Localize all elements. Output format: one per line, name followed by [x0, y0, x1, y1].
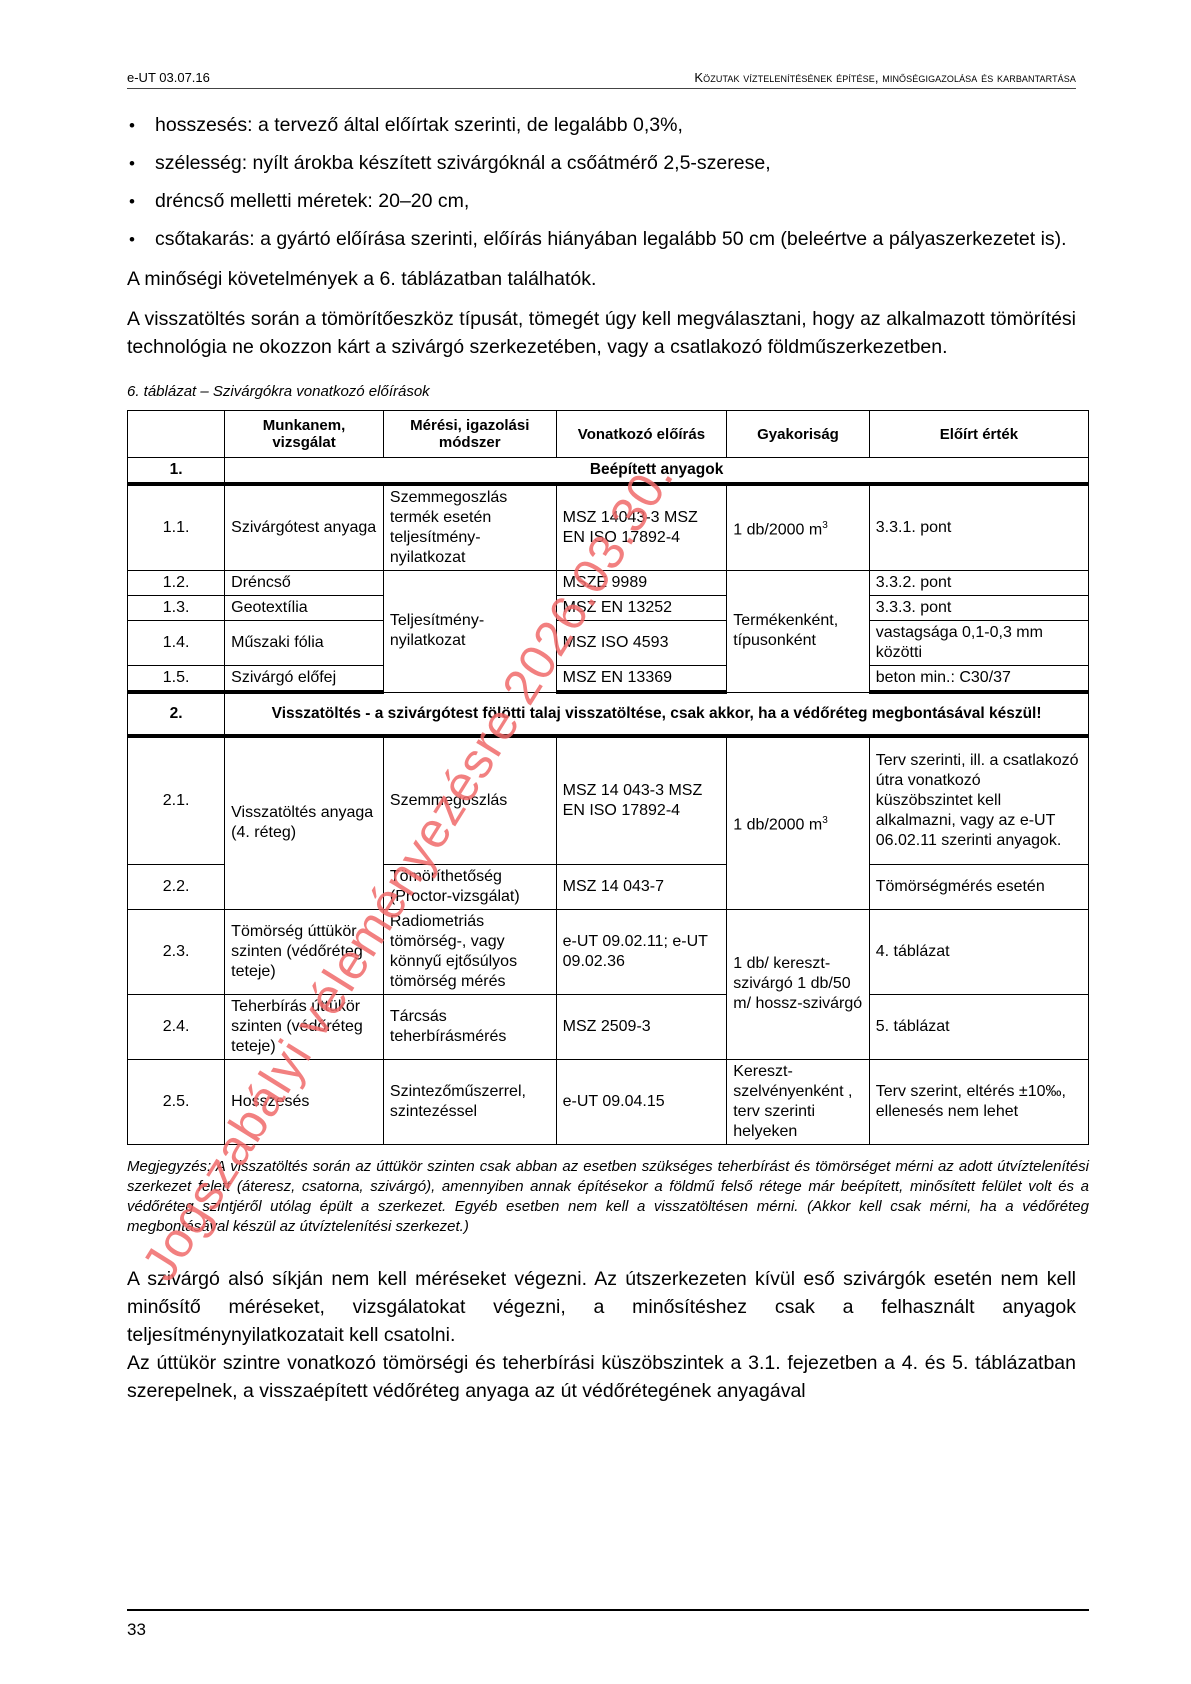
column-header	[128, 411, 225, 458]
table-row: 2.5. Hosszesés Szintezőműszerrel, szinte…	[128, 1059, 1089, 1144]
table-row: 1.1. Szivárgótest anyaga Szemmegoszlás t…	[128, 484, 1089, 571]
column-header: Munkanem, vizsgálat	[225, 411, 384, 458]
row-number: 2.3.	[128, 909, 225, 994]
document-title: Közutak víztelenítésének építése, minősé…	[694, 70, 1076, 85]
value-cell: beton min.: C30/37	[869, 666, 1088, 693]
value-cell: 3.3.3. pont	[869, 596, 1088, 621]
standard-cell: MSZ 14043-3 MSZ EN ISO 17892-4	[556, 484, 727, 571]
standard-cell: MSZE 9989	[556, 571, 727, 596]
paragraph: A szivárgó alsó síkján nem kell méréseke…	[127, 1265, 1076, 1349]
row-number: 2.2.	[128, 864, 225, 909]
value-cell: Terv szerinti, ill. a csatlakozó útra vo…	[869, 736, 1088, 864]
row-number: 1.2.	[128, 571, 225, 596]
page-number: 33	[127, 1620, 146, 1640]
section-row: 2. Visszatöltés - a szivárgótest fölötti…	[128, 692, 1089, 736]
standard-cell: MSZ EN 13369	[556, 666, 727, 693]
work-cell: Hosszesés	[225, 1059, 384, 1144]
standard-cell: MSZ 14 043-3 MSZ EN ISO 17892-4	[556, 736, 727, 864]
value-cell: 3.3.2. pont	[869, 571, 1088, 596]
page-content: hosszesés: a tervező által előírtak szer…	[127, 113, 1076, 1417]
row-number: 1.4.	[128, 621, 225, 666]
requirements-list: hosszesés: a tervező által előírtak szer…	[127, 113, 1076, 252]
table-row: 1.5. Szivárgó előfej MSZ EN 13369 beton …	[128, 666, 1089, 693]
frequency-cell: Kereszt-szelvényenként , terv szerinti h…	[727, 1059, 870, 1144]
work-cell: Szivárgó előfej	[225, 666, 384, 693]
column-header: Előírt érték	[869, 411, 1088, 458]
column-header: Gyakoriság	[727, 411, 870, 458]
value-cell: vastagsága 0,1-0,3 mm közötti	[869, 621, 1088, 666]
frequency-cell: 1 db/2000 m3	[727, 736, 870, 909]
standard-cell: e-UT 09.02.11; e-UT 09.02.36	[556, 909, 727, 994]
method-cell: Teljesítmény-nyilatkozat	[383, 571, 556, 693]
table-row: 1.2. Dréncső Teljesítmény-nyilatkozat MS…	[128, 571, 1089, 596]
column-header: Vonatkozó előírás	[556, 411, 727, 458]
standard-cell: MSZ EN 13252	[556, 596, 727, 621]
table-row: 2.3. Tömörség úttükör szinten (védőréteg…	[128, 909, 1089, 994]
list-item: szélesség: nyílt árokba készített szivár…	[127, 151, 1076, 176]
section-number: 2.	[128, 692, 225, 736]
value-cell: 5. táblázat	[869, 994, 1088, 1059]
table-row: 1.4. Műszaki fólia MSZ ISO 4593 vastagsá…	[128, 621, 1089, 666]
row-number: 1.1.	[128, 484, 225, 571]
work-cell: Dréncső	[225, 571, 384, 596]
table-row: 2.1. Visszatöltés anyaga (4. réteg) Szem…	[128, 736, 1089, 864]
list-item: dréncső melletti méretek: 20–20 cm,	[127, 189, 1076, 214]
value-cell: 4. táblázat	[869, 909, 1088, 994]
paragraph: A visszatöltés során a tömörítőeszköz tí…	[127, 305, 1076, 361]
paragraph: A minőségi követelmények a 6. táblázatba…	[127, 265, 1076, 293]
page-header: e-UT 03.07.16 Közutak víztelenítésének é…	[127, 66, 1076, 89]
column-header: Mérési, igazolási módszer	[383, 411, 556, 458]
standard-cell: MSZ 14 043-7	[556, 864, 727, 909]
frequency-cell: Termékenként, típusonként	[727, 571, 870, 693]
value-cell: 3.3.1. pont	[869, 484, 1088, 571]
section-row: 1. Beépített anyagok	[128, 458, 1089, 485]
standard-cell: MSZ ISO 4593	[556, 621, 727, 666]
section-title: Beépített anyagok	[225, 458, 1089, 485]
work-cell: Geotextília	[225, 596, 384, 621]
table-header-row: Munkanem, vizsgálat Mérési, igazolási mó…	[128, 411, 1089, 458]
frequency-cell: 1 db/2000 m3	[727, 484, 870, 571]
row-number: 2.1.	[128, 736, 225, 864]
table-caption: 6. táblázat – Szivárgókra vonatkozó előí…	[127, 383, 1076, 400]
value-cell: Terv szerint, eltérés ±10‰, ellenesés ne…	[869, 1059, 1088, 1144]
work-cell: Tömörség úttükör szinten (védőréteg tete…	[225, 909, 384, 994]
work-cell: Műszaki fólia	[225, 621, 384, 666]
method-cell: Radiometriás tömörség-, vagy könnyű ejtő…	[383, 909, 556, 994]
method-cell: Szemmegoszlás	[383, 736, 556, 864]
section-title: Visszatöltés - a szivárgótest fölötti ta…	[225, 692, 1089, 736]
standard-cell: MSZ 2509-3	[556, 994, 727, 1059]
list-item: csőtakarás: a gyártó előírása szerinti, …	[127, 227, 1076, 252]
section-number: 1.	[128, 458, 225, 485]
footer-divider	[127, 1609, 1089, 1611]
method-cell: Tömöríthetőség (Proctor-vizsgálat)	[383, 864, 556, 909]
document-id: e-UT 03.07.16	[127, 70, 210, 85]
paragraph: Az úttükör szintre vonatkozó tömörségi é…	[127, 1349, 1076, 1405]
work-cell: Visszatöltés anyaga (4. réteg)	[225, 736, 384, 909]
frequency-cell: 1 db/ kereszt-szivárgó 1 db/50 m/ hossz-…	[727, 909, 870, 1059]
method-cell: Szintezőműszerrel, szintezéssel	[383, 1059, 556, 1144]
requirements-table: Munkanem, vizsgálat Mérési, igazolási mó…	[127, 410, 1089, 1145]
table-row: 2.4. Teherbírás úttükör szinten (védőrét…	[128, 994, 1089, 1059]
row-number: 1.3.	[128, 596, 225, 621]
row-number: 1.5.	[128, 666, 225, 693]
table-note: Megjegyzés: A visszatöltés során az úttü…	[127, 1157, 1089, 1237]
list-item: hosszesés: a tervező által előírtak szer…	[127, 113, 1076, 138]
work-cell: Teherbírás úttükör szinten (védőréteg te…	[225, 994, 384, 1059]
row-number: 2.4.	[128, 994, 225, 1059]
work-cell: Szivárgótest anyaga	[225, 484, 384, 571]
value-cell: Tömörségmérés esetén	[869, 864, 1088, 909]
standard-cell: e-UT 09.04.15	[556, 1059, 727, 1144]
table-row: 1.3. Geotextília MSZ EN 13252 3.3.3. pon…	[128, 596, 1089, 621]
method-cell: Szemmegoszlás termék esetén teljesítmény…	[383, 484, 556, 571]
row-number: 2.5.	[128, 1059, 225, 1144]
method-cell: Tárcsás teherbírásmérés	[383, 994, 556, 1059]
